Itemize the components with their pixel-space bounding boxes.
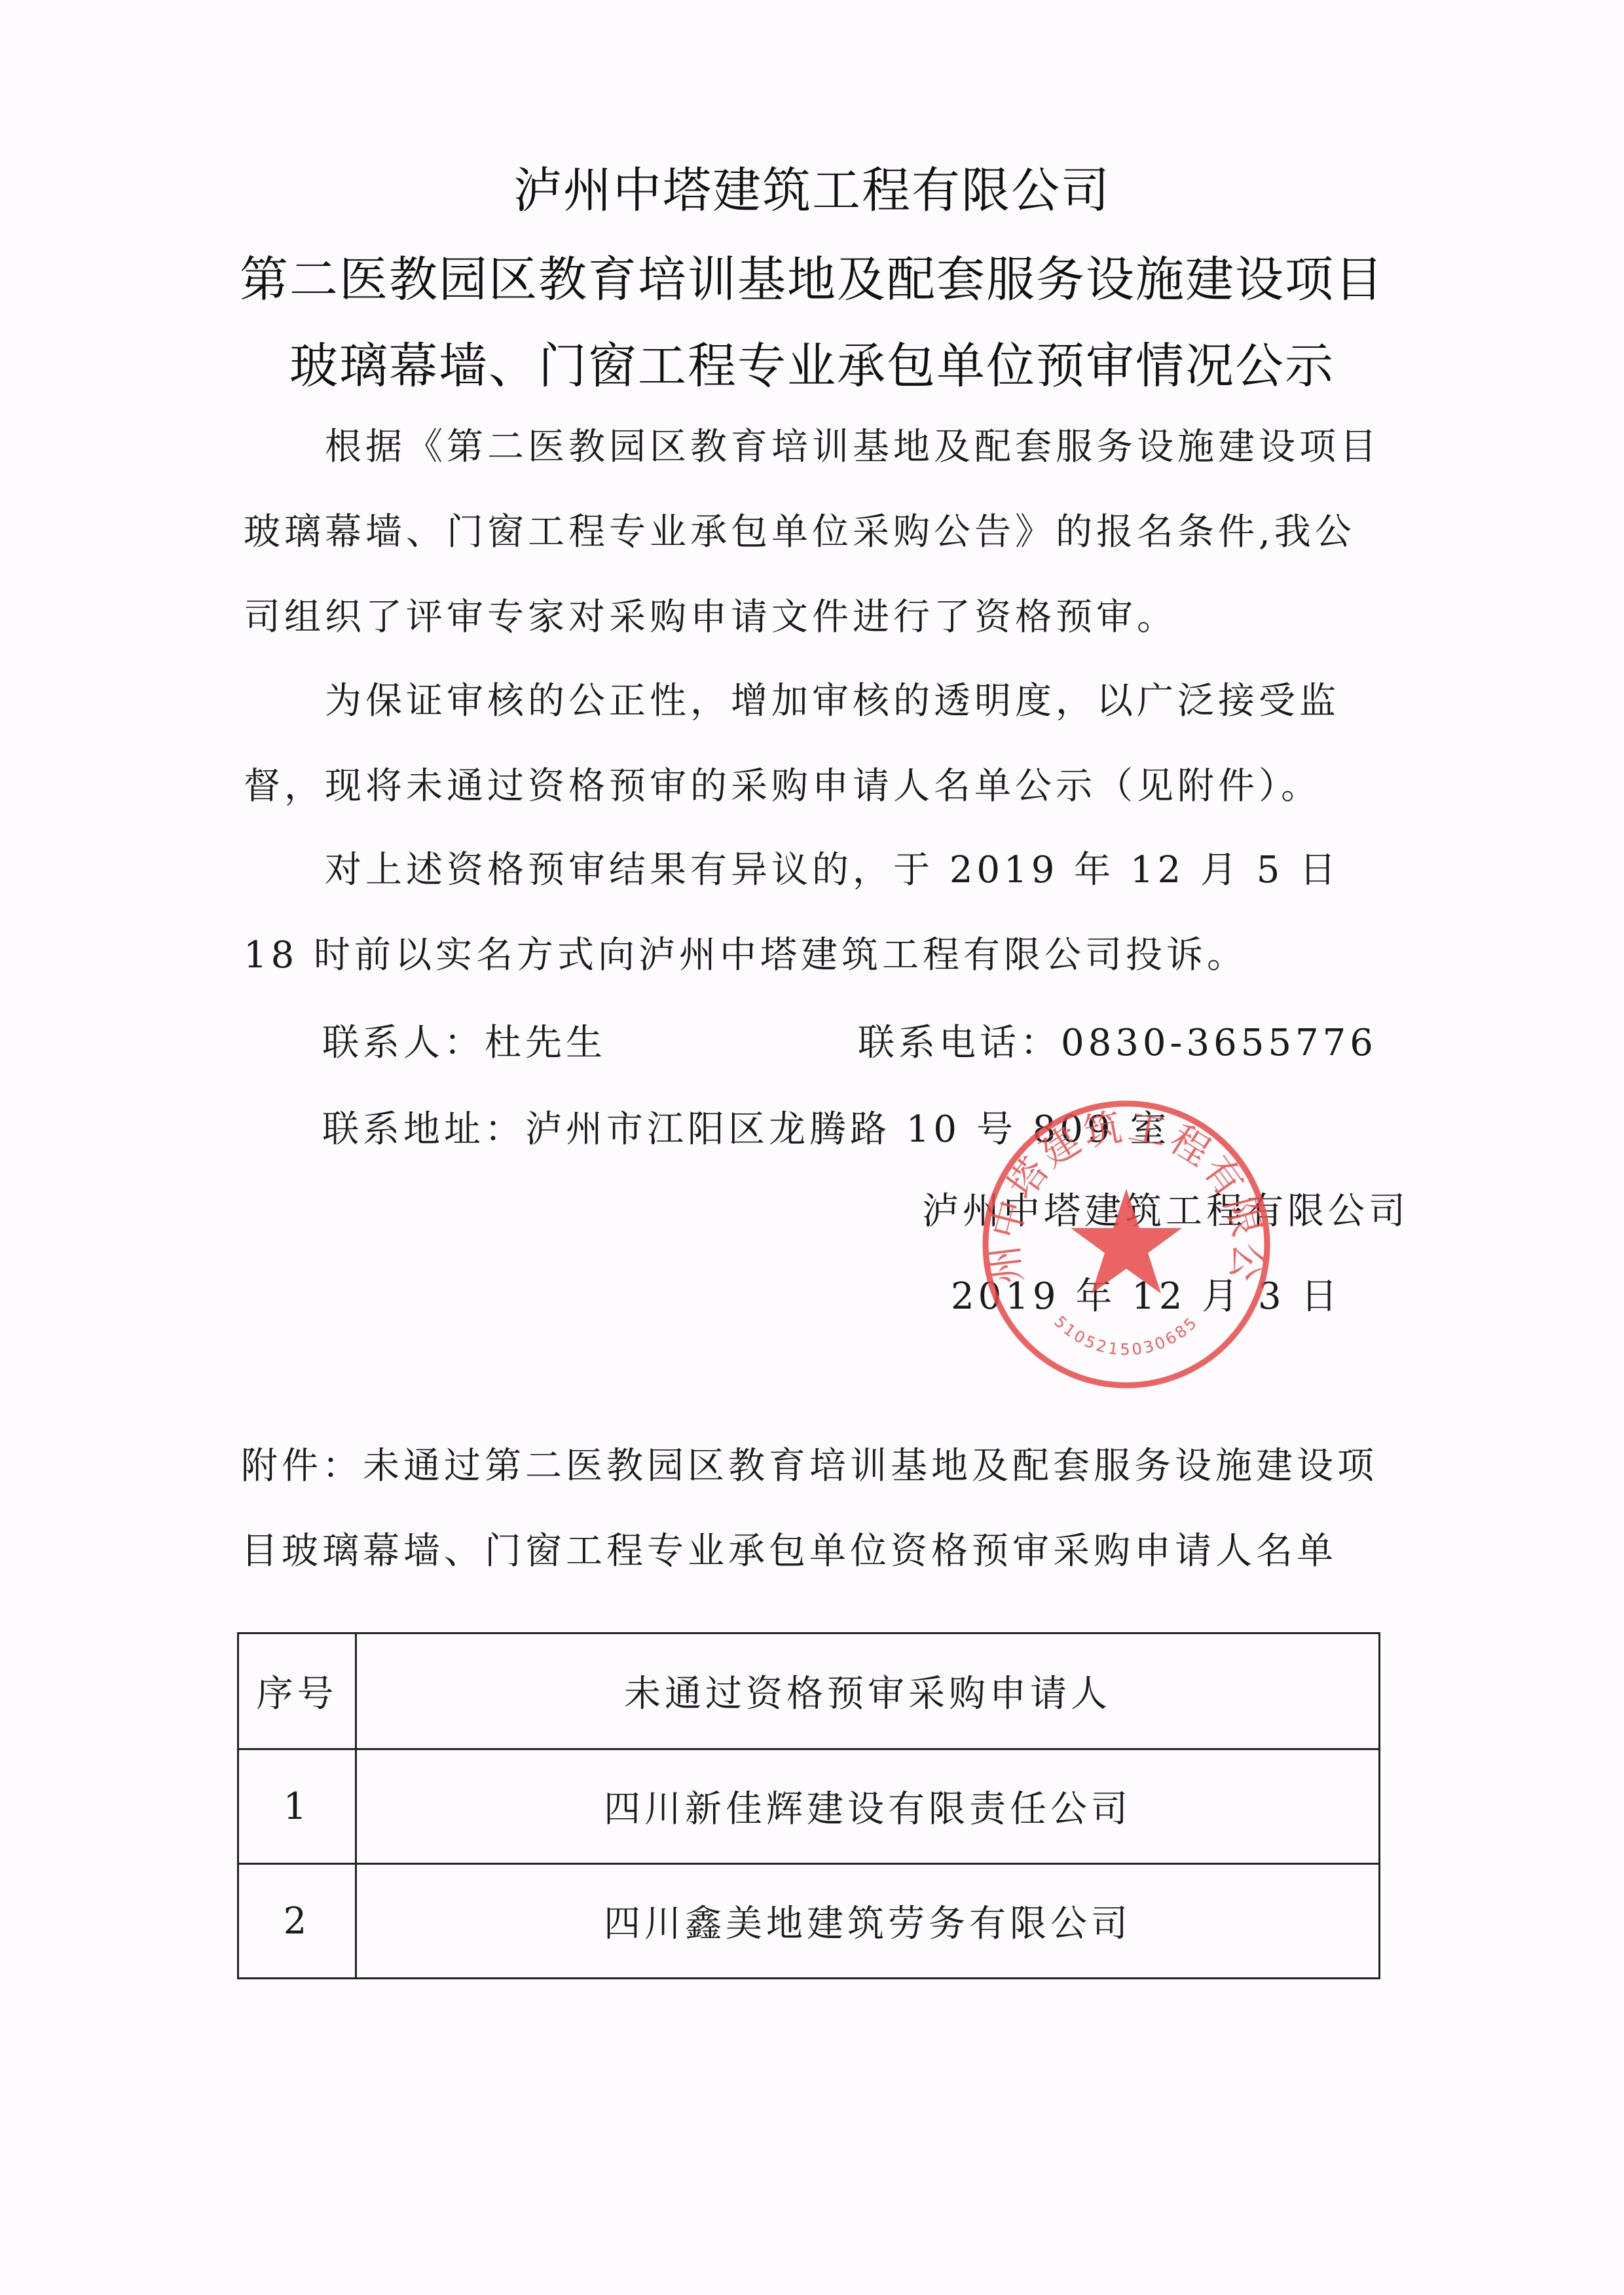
- row-serial-no: 1: [238, 1749, 356, 1864]
- contact-person-label: 联系人：: [322, 1022, 485, 1064]
- paragraph-objection-text: 对上述资格预审结果有异议的，于 2019 年 12 月 5 日 18 时前以实名…: [244, 849, 1340, 977]
- signature-company: 泸州中塔建筑工程有限公司: [922, 1182, 1409, 1235]
- contact-phone-value: 0830-3655776: [1061, 1022, 1377, 1064]
- paragraph-basis-text: 根据《第二医教园区教育培训基地及配套服务设施建设项目玻璃幕墙、门窗工程专业承包单…: [244, 426, 1380, 639]
- table-header-row: 序号 未通过资格预审采购申请人: [238, 1633, 1380, 1749]
- row-serial-no: 2: [238, 1864, 356, 1979]
- paragraph-purpose: 为保证审核的公正性，增加审核的透明度，以广泛接受监督，现将未通过资格预审的采购申…: [244, 659, 1380, 829]
- paragraph-purpose-text: 为保证审核的公正性，增加审核的透明度，以广泛接受监督，现将未通过资格预审的采购申…: [244, 680, 1340, 808]
- contact-phone: 联系电话：0830-3655776: [858, 1014, 1377, 1066]
- contact-person: 联系人：杜先生: [322, 1014, 606, 1066]
- contact-address-value: 泸州市江阳区龙腾路 10 号 809 室: [525, 1108, 1170, 1151]
- table-row: 1 四川新佳辉建设有限责任公司: [238, 1749, 1380, 1864]
- header-applicant: 未通过资格预审采购申请人: [356, 1633, 1380, 1749]
- title-company: 泸州中塔建筑工程有限公司: [0, 152, 1624, 221]
- signature-date: 2019 年 12 月 3 日: [951, 1267, 1341, 1320]
- row-applicant-name: 四川新佳辉建设有限责任公司: [356, 1749, 1380, 1864]
- paragraph-basis: 根据《第二医教园区教育培训基地及配套服务设施建设项目玻璃幕墙、门窗工程专业承包单…: [244, 405, 1380, 660]
- paragraph-objection: 对上述资格预审结果有异议的，于 2019 年 12 月 5 日 18 时前以实名…: [244, 828, 1380, 998]
- contact-address-label: 联系地址：: [322, 1108, 525, 1151]
- applicants-table: 序号 未通过资格预审采购申请人 1 四川新佳辉建设有限责任公司 2 四川鑫美地建…: [237, 1632, 1380, 1979]
- title-project: 第二医教园区教育培训基地及配套服务设施建设项目: [0, 241, 1624, 310]
- header-serial-no: 序号: [238, 1633, 356, 1749]
- contact-phone-label: 联系电话：: [858, 1022, 1061, 1064]
- table-row: 2 四川鑫美地建筑劳务有限公司: [238, 1864, 1380, 1979]
- row-applicant-name: 四川鑫美地建筑劳务有限公司: [356, 1864, 1380, 1979]
- title-notice: 玻璃幕墙、门窗工程专业承包单位预审情况公示: [0, 327, 1624, 397]
- attachment-caption: 附件：未通过第二医教园区教育培训基地及配套服务设施建设项目玻璃幕墙、门窗工程专业…: [241, 1424, 1378, 1594]
- contact-address: 联系地址：泸州市江阳区龙腾路 10 号 809 室: [322, 1100, 1170, 1153]
- contact-person-value: 杜先生: [485, 1022, 606, 1064]
